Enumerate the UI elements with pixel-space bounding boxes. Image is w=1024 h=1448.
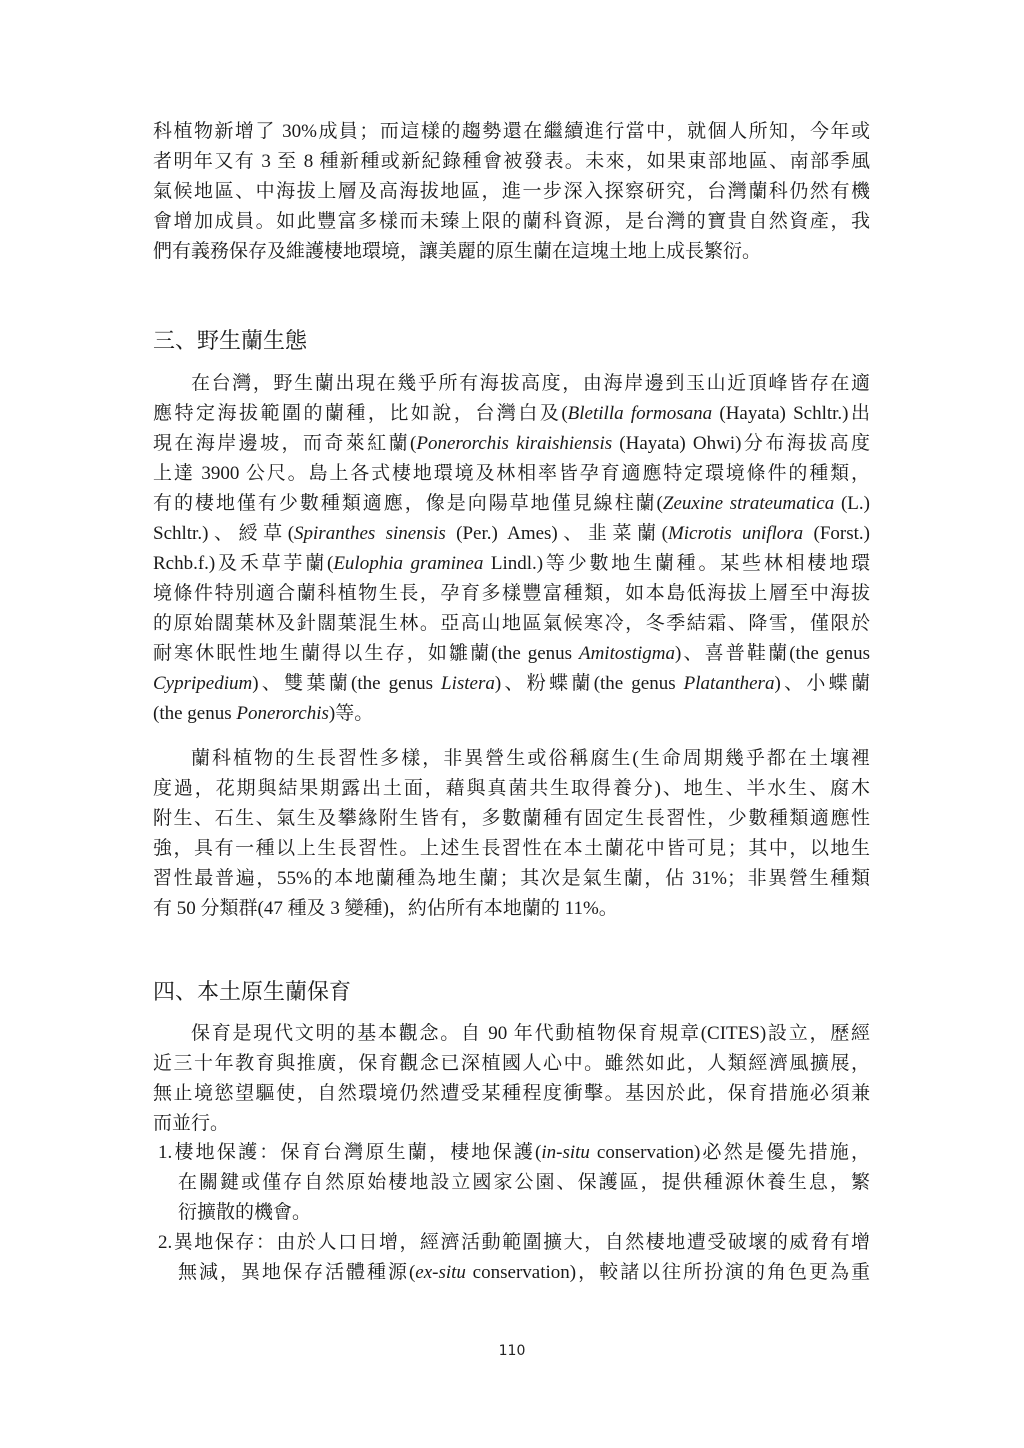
scientific-name: in-situ [541, 1142, 590, 1163]
text-segment: 的原始闊葉林及針闊葉混生林。亞高山地區氣候寒冷，冬季結霜、降雪，僅限於 [153, 613, 870, 634]
scientific-name: Listera [441, 673, 495, 694]
text-line: 們有義務保存及維護棲地環境，讓美麗的原生蘭在這塊土地上成長繁衍。 [153, 237, 870, 267]
text-segment: 上達 3900 公尺。島上各式棲地環境及林相率皆孕育適應特定環境條件的種類， [153, 463, 870, 484]
text-line: 蘭科植物的生長習性多樣，非異營生或俗稱腐生(生命周期幾乎都在土壤裡 [191, 744, 870, 774]
page-number: 110 [0, 1343, 1024, 1359]
text-segment: 有的棲地僅有少數種類適應，像是向陽草地僅見線柱蘭( [153, 493, 663, 514]
text-segment: 現在海岸邊坡，而奇萊紅蘭( [153, 433, 416, 454]
text-segment: 保育是現代文明的基本觀念。自 90 年代動植物保育規章(CITES)設立，歷經 [191, 1023, 870, 1044]
text-segment: 蘭科植物的生長習性多樣，非異營生或俗稱腐生(生命周期幾乎都在土壤裡 [191, 748, 870, 769]
text-segment: 衍擴散的機會。 [178, 1202, 311, 1223]
text-line: 者明年又有 3 至 8 種新種或新紀錄種會被發表。未來，如果東部地區、南部季風 [153, 147, 870, 177]
text-line: 衍擴散的機會。 [178, 1198, 870, 1228]
text-segment: 會增加成員。如此豐富多樣而未臻上限的蘭科資源，是台灣的寶貴自然資產，我 [153, 211, 870, 232]
text-segment: 科植物新增了 30%成員；而這樣的趨勢還在繼續進行當中，就個人所知，今年或 [153, 121, 870, 142]
text-segment: Lindl.)等少數地生蘭種。某些林相棲地環 [483, 553, 870, 574]
text-segment: conservation)必然是優先措施， [590, 1142, 870, 1163]
text-segment: )等。 [329, 703, 373, 724]
scientific-name: Ponerorchis kiraishiensis [416, 433, 612, 454]
text-line: 境條件特別適合蘭科植物生長，孕育多樣豐富種類，如本島低海拔上層至中海拔 [153, 579, 870, 609]
text-line: Cypripedium)、雙葉蘭(the genus Listera)、粉蝶蘭(… [153, 669, 870, 699]
text-segment: (L.) [834, 493, 870, 514]
text-segment: 習性最普遍，55%的本地蘭種為地生蘭；其次是氣生蘭，佔 31%；非異營生種類 [153, 868, 870, 889]
text-segment: 在關鍵或僅存自然原始棲地設立國家公園、保護區，提供種源休養生息，繁 [178, 1172, 870, 1193]
text-line: 在台灣，野生蘭出現在幾乎所有海拔高度，由海岸邊到玉山近頂峰皆存在適 [191, 369, 870, 399]
text-line: 上達 3900 公尺。島上各式棲地環境及林相率皆孕育適應特定環境條件的種類， [153, 459, 870, 489]
text-line: 1.棲地保護：保育台灣原生蘭，棲地保護(in-situ conservation… [158, 1138, 870, 1168]
text-line: 耐寒休眠性地生蘭得以生存，如雛蘭(the genus Amitostigma)、… [153, 639, 870, 669]
text-line: 近三十年教育與推廣，保育觀念已深植國人心中。雖然如此，人類經濟風擴展， [153, 1049, 870, 1079]
text-segment: )、喜普鞋蘭(the genus [675, 643, 870, 664]
text-segment: 在台灣，野生蘭出現在幾乎所有海拔高度，由海岸邊到玉山近頂峰皆存在適 [191, 373, 870, 394]
text-line: 度過，花期與結果期露出土面，藉與真菌共生取得養分)、地生、半水生、腐木 [153, 774, 870, 804]
text-segment: 強，具有一種以上生長習性。上述生長習性在本土蘭花中皆可見；其中，以地生 [153, 838, 870, 859]
text-segment: 近三十年教育與推廣，保育觀念已深植國人心中。雖然如此，人類經濟風擴展， [153, 1053, 870, 1074]
text-segment: )、雙葉蘭(the genus [252, 673, 441, 694]
text-line: 保育是現代文明的基本觀念。自 90 年代動植物保育規章(CITES)設立，歷經 [191, 1019, 870, 1049]
text-segment: (Per.) Ames)、韭菜蘭( [446, 523, 668, 544]
text-line: 在關鍵或僅存自然原始棲地設立國家公園、保護區，提供種源休養生息，繁 [178, 1168, 870, 1198]
text-segment: 氣候地區、中海拔上層及高海拔地區，進一步深入探察研究，台灣蘭科仍然有機 [153, 181, 870, 202]
text-segment: 無減，異地保存活體種源( [178, 1262, 415, 1283]
scientific-name: Zeuxine strateumatica [663, 493, 834, 514]
text-segment: )、小蝶蘭 [774, 673, 870, 694]
text-line: 應特定海拔範圍的蘭種，比如說，台灣白及(Bletilla formosana (… [153, 399, 870, 429]
scientific-name: Bletilla formosana [568, 403, 712, 424]
scientific-name: ex-situ [415, 1262, 466, 1283]
text-line: Rchb.f.)及禾草芋蘭(Eulophia graminea Lindl.)等… [153, 549, 870, 579]
text-segment: 2.異地保存：由於人口日增，經濟活動範圍擴大，自然棲地遭受破壞的威脅有增 [158, 1232, 870, 1253]
text-line: 無減，異地保存活體種源(ex-situ conservation)，較諸以往所扮… [178, 1258, 870, 1288]
text-line: 2.異地保存：由於人口日增，經濟活動範圍擴大，自然棲地遭受破壞的威脅有增 [158, 1228, 870, 1258]
text-segment: 1.棲地保護：保育台灣原生蘭，棲地保護( [158, 1142, 541, 1163]
text-segment: 無止境慾望驅使，自然環境仍然遭受某種程度衝擊。基因於此，保育措施必須兼 [153, 1083, 870, 1104]
document-page: 科植物新增了 30%成員；而這樣的趨勢還在繼續進行當中，就個人所知，今年或者明年… [0, 0, 1024, 1448]
scientific-name: Platanthera [684, 673, 775, 694]
text-segment: 有 50 分類群(47 種及 3 變種)，約佔所有本地蘭的 11%。 [153, 898, 618, 919]
text-segment: 耐寒休眠性地生蘭得以生存，如雛蘭(the genus [153, 643, 579, 664]
text-line: Schltr.)、綬草(Spiranthes sinensis (Per.) A… [153, 519, 870, 549]
text-segment: 境條件特別適合蘭科植物生長，孕育多樣豐富種類，如本島低海拔上層至中海拔 [153, 583, 870, 604]
text-segment: )、粉蝶蘭(the genus [495, 673, 684, 694]
text-line: 氣候地區、中海拔上層及高海拔地區，進一步深入探察研究，台灣蘭科仍然有機 [153, 177, 870, 207]
section-4-heading: 四、本土原生蘭保育 [153, 976, 351, 1008]
text-segment: (Hayata) Schltr.)出 [712, 403, 870, 424]
text-line: 科植物新增了 30%成員；而這樣的趨勢還在繼續進行當中，就個人所知，今年或 [153, 117, 870, 147]
text-segment: 附生、石生、氣生及攀緣附生皆有，多數蘭種有固定生長習性，少數種類適應性 [153, 808, 870, 829]
text-line: 有的棲地僅有少數種類適應，像是向陽草地僅見線柱蘭(Zeuxine strateu… [153, 489, 870, 519]
text-line: 會增加成員。如此豐富多樣而未臻上限的蘭科資源，是台灣的寶貴自然資產，我 [153, 207, 870, 237]
text-segment: 們有義務保存及維護棲地環境，讓美麗的原生蘭在這塊土地上成長繁衍。 [153, 241, 761, 262]
text-line: 習性最普遍，55%的本地蘭種為地生蘭；其次是氣生蘭，佔 31%；非異營生種類 [153, 864, 870, 894]
scientific-name: Cypripedium [153, 673, 252, 694]
scientific-name: Eulophia graminea [333, 553, 483, 574]
text-segment: 者明年又有 3 至 8 種新種或新紀錄種會被發表。未來，如果東部地區、南部季風 [153, 151, 870, 172]
scientific-name: Microtis uniflora [668, 523, 803, 544]
text-segment: 應特定海拔範圍的蘭種，比如說，台灣白及( [153, 403, 568, 424]
section-3-heading: 三、野生蘭生態 [153, 325, 307, 357]
text-line: 強，具有一種以上生長習性。上述生長習性在本土蘭花中皆可見；其中，以地生 [153, 834, 870, 864]
text-segment: 度過，花期與結果期露出土面，藉與真菌共生取得養分)、地生、半水生、腐木 [153, 778, 870, 799]
scientific-name: Spiranthes sinensis [294, 523, 446, 544]
text-line: 有 50 分類群(47 種及 3 變種)，約佔所有本地蘭的 11%。 [153, 894, 870, 924]
text-segment: (the genus [153, 703, 236, 724]
scientific-name: Amitostigma [579, 643, 675, 664]
text-line: 無止境慾望驅使，自然環境仍然遭受某種程度衝擊。基因於此，保育措施必須兼 [153, 1079, 870, 1109]
text-line: 現在海岸邊坡，而奇萊紅蘭(Ponerorchis kiraishiensis (… [153, 429, 870, 459]
text-line: 的原始闊葉林及針闊葉混生林。亞高山地區氣候寒冷，冬季結霜、降雪，僅限於 [153, 609, 870, 639]
text-segment: (Hayata) Ohwi)分布海拔高度 [612, 433, 870, 454]
text-line: 而並行。 [153, 1109, 870, 1139]
scientific-name: Ponerorchis [236, 703, 329, 724]
text-line: 附生、石生、氣生及攀緣附生皆有，多數蘭種有固定生長習性，少數種類適應性 [153, 804, 870, 834]
text-segment: (Forst.) [803, 523, 870, 544]
text-segment: conservation)，較諸以往所扮演的角色更為重 [466, 1262, 870, 1283]
text-segment: Rchb.f.)及禾草芋蘭( [153, 553, 333, 574]
text-segment: 而並行。 [153, 1113, 229, 1134]
text-line: (the genus Ponerorchis)等。 [153, 699, 870, 729]
text-segment: Schltr.)、綬草( [153, 523, 294, 544]
